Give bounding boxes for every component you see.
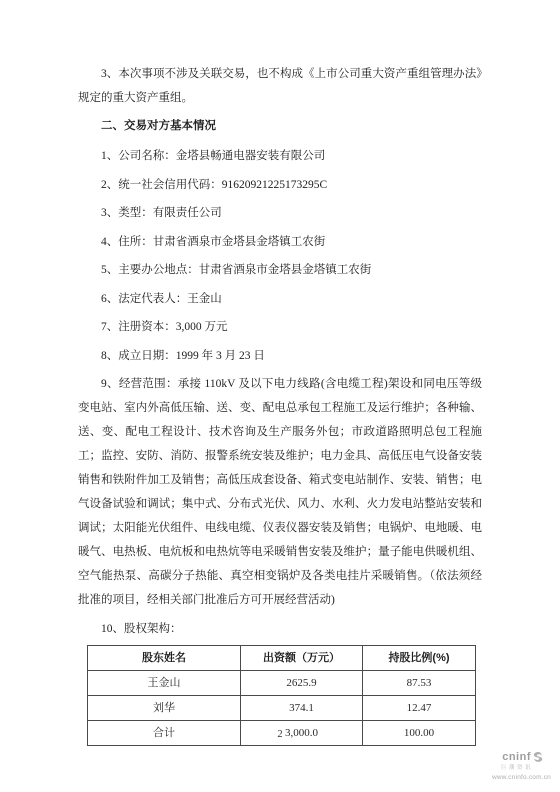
table-cell-ratio: 12.47 bbox=[363, 696, 476, 721]
list-item-company-name: 1、公司名称：金塔县畅通电器安装有限公司 bbox=[78, 144, 482, 168]
list-item-registered-capital: 7、注册资本：3,000 万元 bbox=[78, 315, 482, 339]
cninfo-logo-chinese: 巨潮资讯 bbox=[465, 766, 533, 772]
section-heading: 二、交易对方基本情况 bbox=[78, 114, 482, 139]
table-cell-amount: 2625.9 bbox=[241, 671, 363, 696]
table-cell-ratio: 87.53 bbox=[363, 671, 476, 696]
cninfo-logo-text: cninf bbox=[502, 752, 531, 763]
list-item-business-scope: 9、经营范围：承接 110kV 及以下电力线路(含电缆工程)架设和同电压等级变电… bbox=[78, 372, 482, 612]
cninfo-logo: cninf 巨潮资讯 www.cninfo.com.cn bbox=[465, 751, 555, 781]
list-item-legal-representative: 6、法定代表人：王金山 bbox=[78, 287, 482, 311]
table-header-ratio: 持股比例(%) bbox=[363, 646, 476, 671]
cninfo-logo-url: www.cninfo.com.cn bbox=[465, 775, 551, 782]
list-item-establish-date: 8、成立日期：1999 年 3 月 23 日 bbox=[78, 344, 482, 368]
page-number: 2 bbox=[0, 729, 560, 740]
cninfo-logo-row: cninf bbox=[465, 751, 545, 764]
document-content: 3、本次事项不涉及关联交易，也不构成《上市公司重大资产重组管理办法》规定的重大资… bbox=[78, 62, 482, 746]
intro-paragraph: 3、本次事项不涉及关联交易，也不构成《上市公司重大资产重组管理办法》规定的重大资… bbox=[78, 62, 482, 110]
table-header-shareholder: 股东姓名 bbox=[88, 646, 241, 671]
document-page: 3、本次事项不涉及关联交易，也不构成《上市公司重大资产重组管理办法》规定的重大资… bbox=[0, 0, 560, 792]
table-header-row: 股东姓名 出资额（万元） 持股比例(%) bbox=[88, 646, 476, 671]
list-item-address: 4、住所：甘肃省酒泉市金塔县金塔镇工农街 bbox=[78, 230, 482, 254]
table-cell-name: 王金山 bbox=[88, 671, 241, 696]
table-row: 刘华 374.1 12.47 bbox=[88, 696, 476, 721]
table-row: 王金山 2625.9 87.53 bbox=[88, 671, 476, 696]
table-header-contribution: 出资额（万元） bbox=[241, 646, 363, 671]
table-cell-name: 刘华 bbox=[88, 696, 241, 721]
list-item-equity-structure: 10、股权架构： bbox=[78, 617, 482, 641]
cninfo-swirl-icon bbox=[532, 751, 545, 764]
list-item-company-type: 3、类型：有限责任公司 bbox=[78, 201, 482, 225]
list-item-credit-code: 2、统一社会信用代码：91620921225173295C bbox=[78, 173, 482, 197]
list-item-office-location: 5、主要办公地点：甘肃省酒泉市金塔县金塔镇工农街 bbox=[78, 258, 482, 282]
table-cell-amount: 374.1 bbox=[241, 696, 363, 721]
